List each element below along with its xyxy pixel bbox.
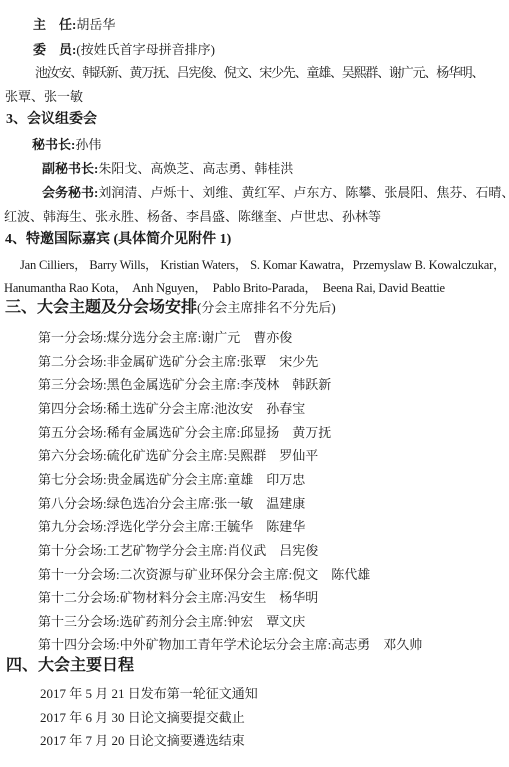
- session-line-8: 第八分会场:绿色选冶分会主席:张一敏 温建康: [38, 495, 305, 513]
- members-names-line1: 池汝安、韩跃新、黄万抚、吕宪俊、倪文、宋少先、童雄、吴熙群、谢广元、杨华明、: [35, 64, 483, 82]
- secretary-label: 秘书长:: [32, 137, 75, 152]
- deputy-secretary-label: 副秘书长:: [42, 161, 98, 176]
- secretary-line: 秘书长:孙伟: [32, 136, 101, 154]
- members-names-line2: 张覃、张一敏: [5, 88, 83, 106]
- guests-names-line1: Jan Cilliers， Barry Wills， Kristian Wate…: [20, 256, 505, 274]
- heading-organizing-committee: 3、会议组委会: [6, 111, 97, 129]
- schedule-line-3: 2017 年 7 月 20 日论文摘要遴选结束: [40, 732, 245, 750]
- guests-names-line2: Hanumantha Rao Kota， Anh Nguyen， Pablo B…: [4, 279, 445, 297]
- director-label: 主 任:: [33, 17, 76, 32]
- director-name: 胡岳华: [76, 17, 115, 32]
- heading-schedule: 四、大会主要日程: [6, 657, 134, 675]
- heading-sessions: 三、大会主题及分会场安排: [5, 299, 197, 316]
- session-line-7: 第七分会场:贵金属选矿分会主席:童雄 印万忠: [38, 471, 305, 489]
- members-line: 委 员:(按姓氏首字母拼音排序): [33, 41, 215, 59]
- document-page: 主 任:胡岳华 委 员:(按姓氏首字母拼音排序) 池汝安、韩跃新、黄万抚、吕宪俊…: [0, 0, 509, 767]
- heading-international-guests: 4、特邀国际嘉宾 (具体简介见附件 1): [5, 231, 231, 249]
- session-line-11: 第十一分会场:二次资源与矿业环保分会主席:倪文 陈代雄: [38, 566, 370, 584]
- members-note: (按姓氏首字母拼音排序): [76, 42, 215, 57]
- members-label: 委 员:: [33, 42, 76, 57]
- session-line-13: 第十三分会场:选矿药剂分会主席:钟宏 覃文庆: [38, 613, 305, 631]
- session-line-10: 第十分会场:工艺矿物学分会主席:肖仪武 吕宪俊: [38, 542, 318, 560]
- session-line-3: 第三分会场:黑色金属选矿分会主席:李茂林 韩跃新: [38, 376, 331, 394]
- schedule-line-1: 2017 年 5 月 21 日发布第一轮征文通知: [40, 685, 258, 703]
- affairs-secretary-names-line2: 红波、韩海生、张永胜、杨备、李昌盛、陈继奎、卢世忠、孙林等: [4, 208, 381, 226]
- session-line-6: 第六分会场:硫化矿选矿分会主席:吴熙群 罗仙平: [38, 447, 318, 465]
- session-line-9: 第九分会场:浮选化学分会主席:王毓华 陈建华: [38, 518, 305, 536]
- session-line-5: 第五分会场:稀有金属选矿分会主席:邱显扬 黄万抚: [38, 424, 331, 442]
- affairs-secretary-names-line1: 刘润清、卢烁十、刘维、黄红军、卢东方、陈攀、张晨阳、焦芬、石晴、赵: [98, 185, 509, 200]
- session-line-12: 第十二分会场:矿物材料分会主席:冯安生 杨华明: [38, 589, 318, 607]
- session-line-4: 第四分会场:稀土选矿分会主席:池汝安 孙春宝: [38, 400, 305, 418]
- session-line-2: 第二分会场:非金属矿选矿分会主席:张覃 宋少先: [38, 353, 318, 371]
- session-line-14: 第十四分会场:中外矿物加工青年学术论坛分会主席:高志勇 邓久帅: [38, 636, 422, 654]
- affairs-secretary-label: 会务秘书:: [42, 185, 98, 200]
- affairs-secretary-line: 会务秘书:刘润清、卢烁十、刘维、黄红军、卢东方、陈攀、张晨阳、焦芬、石晴、赵: [42, 184, 509, 202]
- deputy-secretary-names: 朱阳戈、高焕芝、高志勇、韩桂洪: [98, 161, 293, 176]
- session-line-1: 第一分会场:煤分选分会主席:谢广元 曹亦俊: [38, 329, 292, 347]
- director-line: 主 任:胡岳华: [33, 16, 115, 34]
- secretary-name: 孙伟: [75, 137, 101, 152]
- deputy-secretary-line: 副秘书长:朱阳戈、高焕芝、高志勇、韩桂洪: [42, 160, 293, 178]
- heading-sessions-note: (分会主席排名不分先后): [197, 300, 336, 315]
- schedule-line-2: 2017 年 6 月 30 日论文摘要提交截止: [40, 709, 245, 727]
- heading-sessions-line: 三、大会主题及分会场安排(分会主席排名不分先后): [5, 299, 336, 317]
